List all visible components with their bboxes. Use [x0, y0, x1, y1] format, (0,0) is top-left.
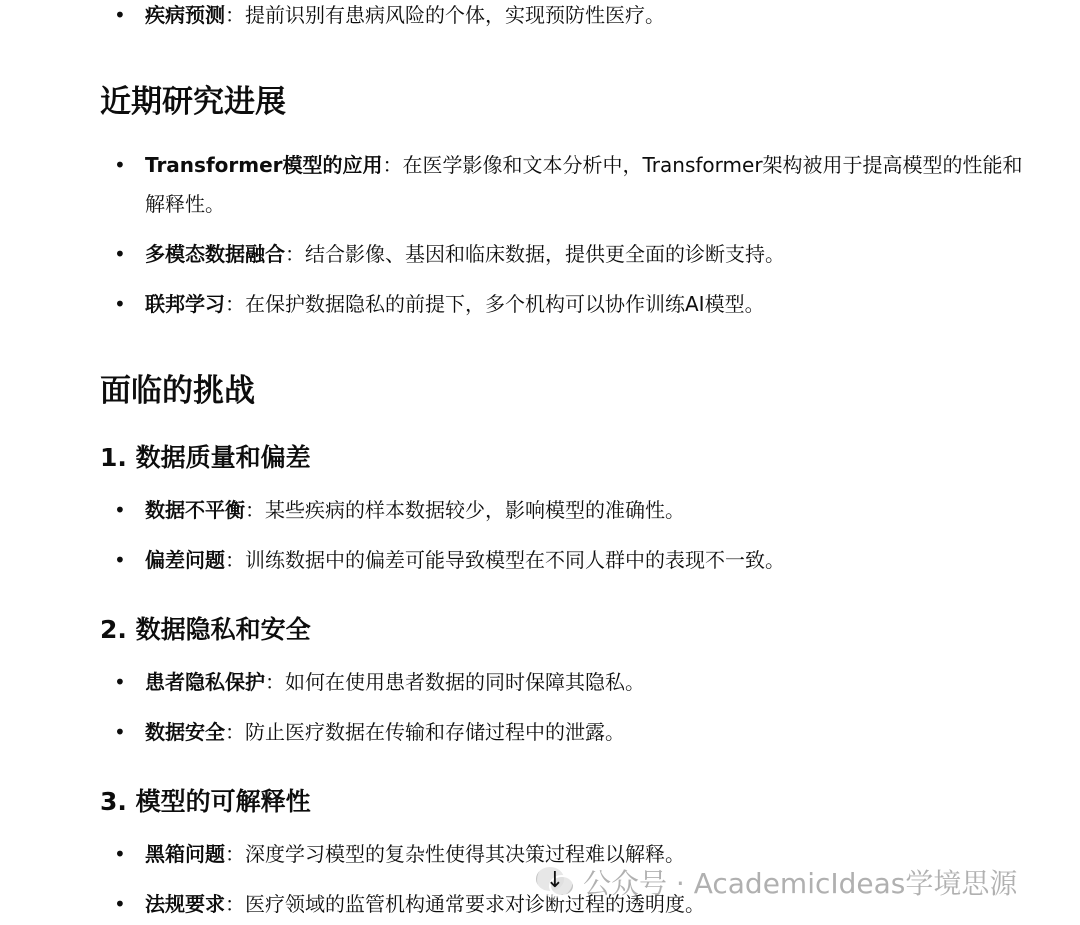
section-heading-challenges: 面临的挑战	[100, 371, 255, 411]
list-item: •联邦学习：在保护数据隐私的前提下，多个机构可以协作训练AI模型。	[100, 285, 1023, 324]
subsection-heading-interpretability: 3. 模型的可解释性	[100, 785, 311, 819]
list-item: •偏差问题：训练数据中的偏差可能导致模型在不同人群中的表现不一致。	[100, 541, 785, 580]
list-item: •疾病预测：提前识别有患病风险的个体，实现预防性医疗。	[100, 0, 665, 35]
list-item: •数据安全：防止医疗数据在传输和存储过程中的泄露。	[100, 713, 645, 752]
list-item: •数据不平衡：某些疾病的样本数据较少，影响模型的准确性。	[100, 491, 785, 530]
data-quality-list: •数据不平衡：某些疾病的样本数据较少，影响模型的准确性。 •偏差问题：训练数据中…	[100, 491, 785, 580]
watermark-text: 公众号 · AcademicIdeas学境思源	[583, 862, 1017, 902]
arrow-down-icon: ↓	[546, 868, 564, 893]
privacy-list: •患者隐私保护：如何在使用患者数据的同时保障其隐私。 •数据安全：防止医疗数据在…	[100, 663, 645, 752]
scroll-to-bottom-button[interactable]: ↓	[537, 862, 573, 898]
list-item: •Transformer模型的应用：在医学影像和文本分析中，Transforme…	[100, 146, 1023, 224]
section-heading-recent: 近期研究进展	[100, 82, 286, 122]
recent-list: •Transformer模型的应用：在医学影像和文本分析中，Transforme…	[100, 146, 1023, 324]
list-item: •多模态数据融合：结合影像、基因和临床数据，提供更全面的诊断支持。	[100, 235, 1023, 274]
subsection-heading-data-quality: 1. 数据质量和偏差	[100, 441, 311, 475]
watermark: 公众号 · AcademicIdeas学境思源	[535, 862, 1017, 902]
subsection-heading-privacy: 2. 数据隐私和安全	[100, 613, 311, 647]
disease-prediction-list: •疾病预测：提前识别有患病风险的个体，实现预防性医疗。	[100, 0, 665, 35]
list-item: •患者隐私保护：如何在使用患者数据的同时保障其隐私。	[100, 663, 645, 702]
